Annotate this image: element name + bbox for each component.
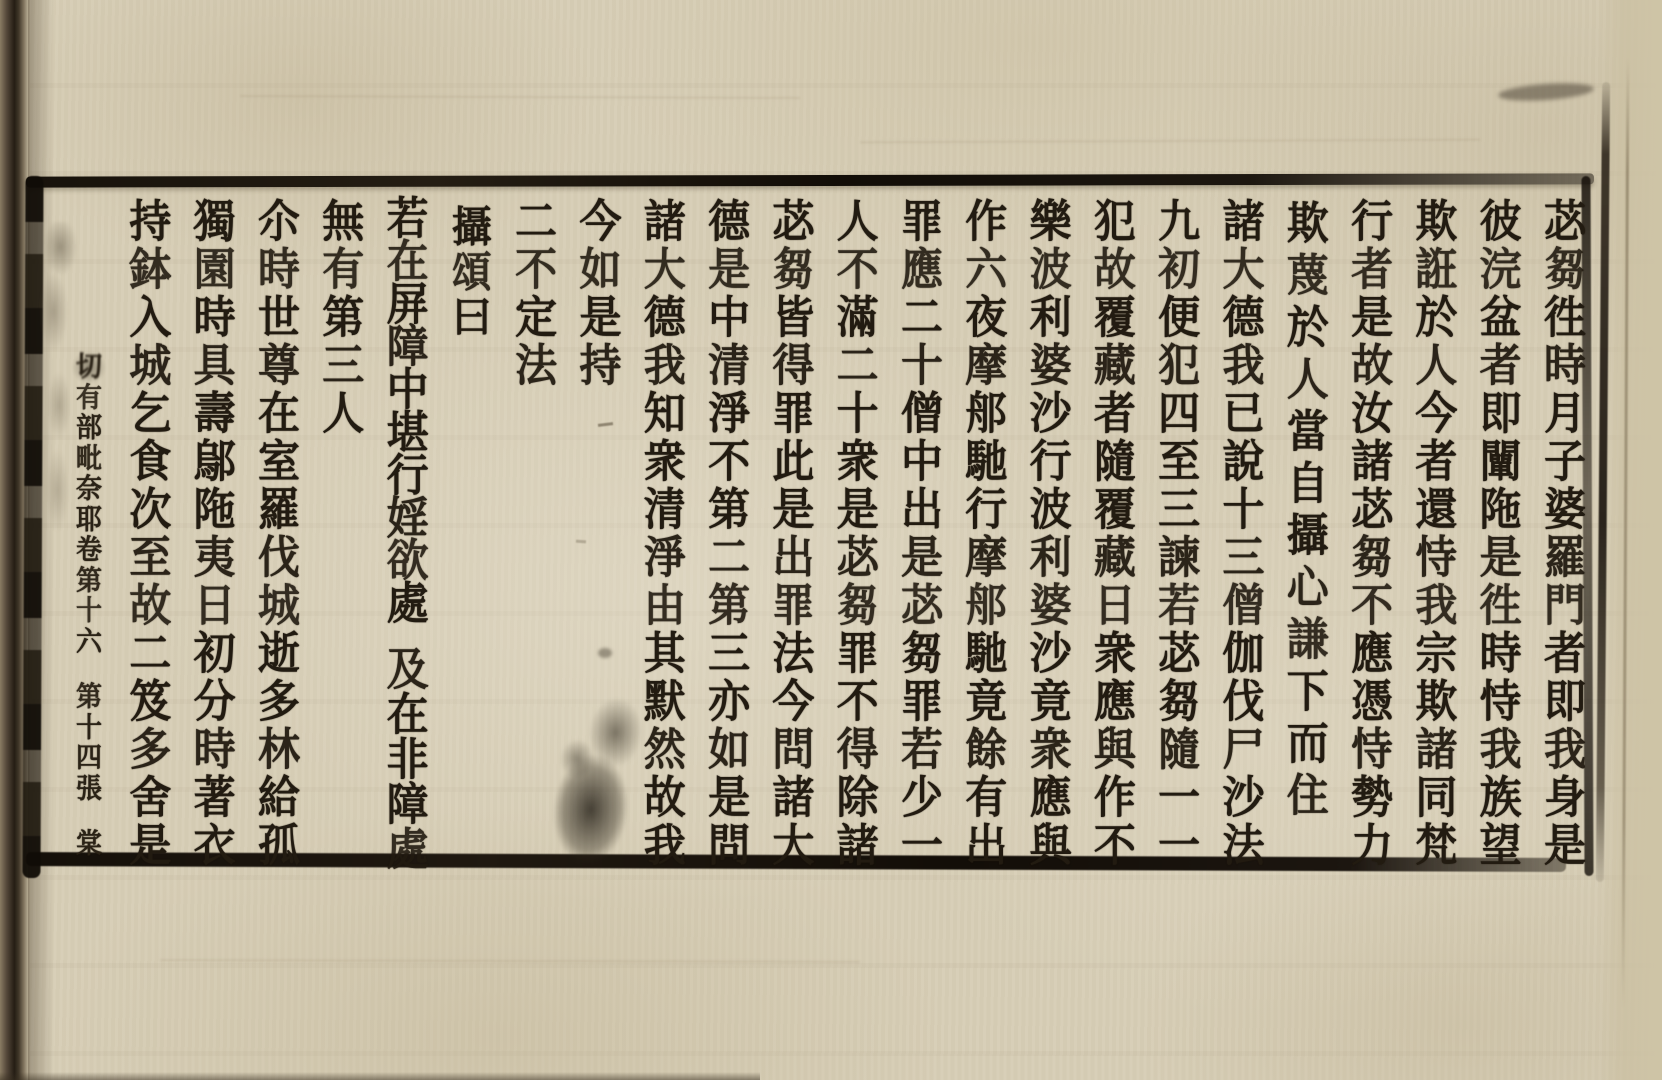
text-column-18: 攝頌曰: [448, 205, 496, 340]
text-column-20: 無有第三人: [319, 198, 367, 438]
page-bottom-shadow: [0, 1072, 760, 1080]
text-column-23: 持鉢入城乞食次至故二笈多舍是: [126, 198, 174, 870]
text-column-19: 若在屏障中堪行婬欲處及在非障處: [384, 198, 432, 872]
paper-crease: [160, 959, 860, 963]
text-column-12: 人不滿二十衆是苾芻罪不得除諸: [834, 198, 882, 870]
text-column-11: 罪應二十僧中出是苾芻罪若少一: [898, 198, 946, 870]
text-column-5: 欺蔑於人當自攝心謙下而住: [1284, 198, 1332, 822]
frame-border-top: [26, 173, 1594, 187]
paper-crease: [860, 139, 1480, 144]
text-column-3: 欺誑於人今者還恃我宗欺諸同梵: [1412, 198, 1460, 870]
text-column-17: 二不定法: [512, 198, 560, 390]
ink-blotch-stain: [536, 681, 659, 879]
text-column-9: 樂波利婆沙行波利婆沙竟衆應與: [1027, 198, 1075, 870]
colophon-column: 切有部毗奈耶卷第十六第十四張棠: [72, 352, 106, 860]
ink-smudge: [1498, 81, 1595, 104]
text-column-8: 犯故覆藏者隨覆藏日衆應與作不: [1091, 198, 1139, 870]
text-column-7: 九初便犯四至三諫若苾芻隨一一: [1155, 198, 1203, 870]
paper-crease: [240, 95, 800, 99]
stray-mark: [576, 540, 586, 544]
text-column-16: 今如是持: [577, 198, 625, 390]
ink-dot: [598, 648, 612, 658]
offset-ink-smudge: [36, 222, 80, 360]
text-column-6: 諸大德我已說十三僧伽伐尸沙法: [1220, 198, 1268, 870]
offset-ink-smudge: [42, 368, 76, 538]
text-column-2: 彼浣盆者即闡陁是徃時恃我族望: [1477, 198, 1525, 870]
text-column-4: 行者是故汝諸苾芻不應憑恃勢力: [1348, 198, 1396, 870]
stray-mark: [598, 422, 613, 427]
scanned-sutra-page: 苾芻徃時月子婆羅門者即我身是彼浣盆者即闡陁是徃時恃我族望欺誑於人今者還恃我宗欺諸…: [0, 0, 1662, 1080]
text-column-14: 德是中清淨不第二第三亦如是問: [705, 198, 753, 870]
text-column-13: 苾芻皆得罪此是出罪法今問諸大: [769, 198, 817, 870]
text-column-10: 作六夜摩郍馳行摩郍馳竟餘有出: [962, 198, 1010, 870]
text-column-22: 獨園時具壽鄔陁夷日初分時著衣: [191, 198, 239, 870]
text-column-21: 尒時世尊在室羅伐城逝多林給孤: [255, 198, 303, 870]
text-column-1: 苾芻徃時月子婆羅門者即我身是: [1541, 198, 1589, 870]
